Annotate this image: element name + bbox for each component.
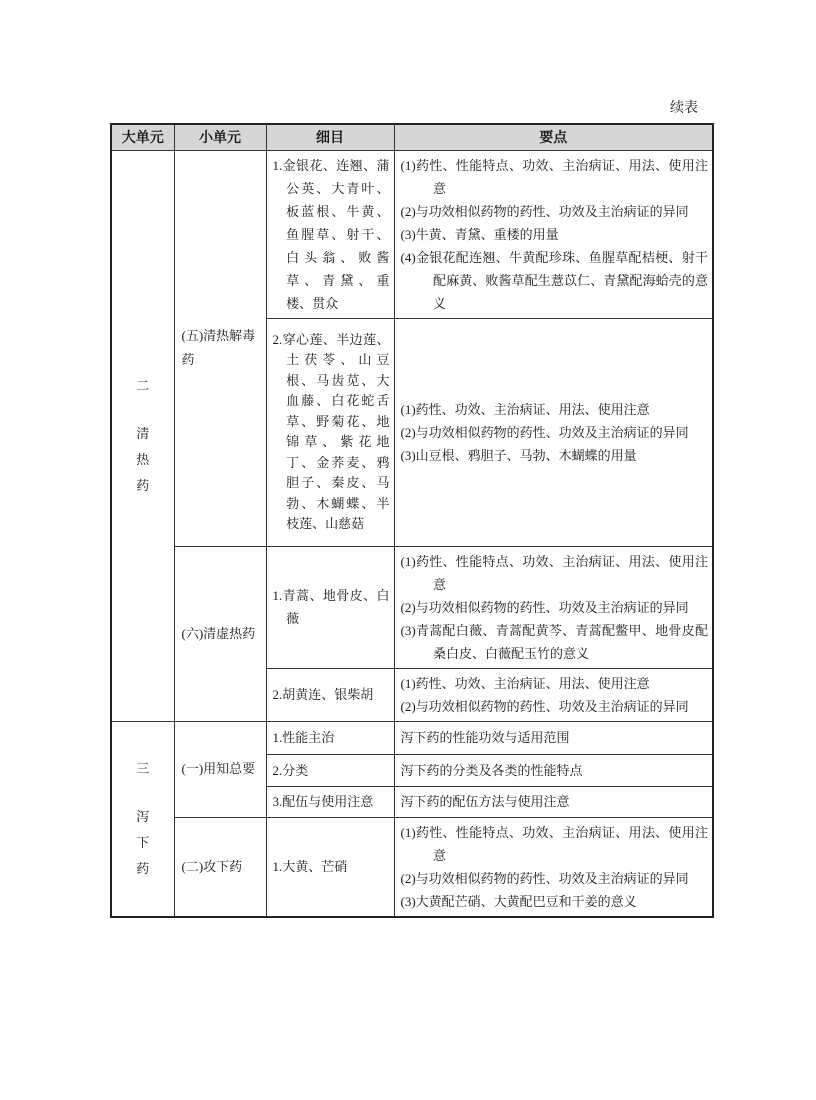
detail-item: 3.配伍与使用注意 [273,790,390,813]
table-row: 三 泻下药 (一)用知总要 1.性能主治 泻下药的性能功效与适用范围 [111,721,713,754]
subunit-cell-offensive-purgative: (二)攻下药 [174,817,266,917]
detail-item: 1.金银花、连翘、蒲公英、大青叶、板蓝根、牛黄、鱼腥草、射干、白头翁、败酱草、青… [273,154,390,315]
header-key-points: 要点 [394,124,713,150]
unit-label: 三 泻下药 [112,756,174,882]
key-points-cell: (1)药性、性能特点、功效、主治病证、用法、使用注意 (2)与功效相似药物的药性… [394,150,713,318]
point-item: (3)大黄配芒硝、大黄配巴豆和干姜的意义 [401,890,709,913]
key-points-cell: (1)药性、性能特点、功效、主治病证、用法、使用注意 (2)与功效相似药物的药性… [394,817,713,917]
point-item: (1)药性、功效、主治病证、用法、使用注意 [401,398,709,421]
detail-item: 1.青蒿、地骨皮、白薇 [273,584,390,630]
point-item: (3)青蒿配白薇、青蒿配黄芩、青蒿配鳖甲、地骨皮配桑白皮、白薇配玉竹的意义 [401,619,709,665]
unit-cell-purgative: 三 泻下药 [111,721,174,917]
point-item: (2)与功效相似药物的药性、功效及主治病证的异同 [401,695,709,718]
detail-cell: 2.分类 [266,754,394,786]
key-points-cell: 泻下药的配伍方法与使用注意 [394,786,713,817]
point-item: 泻下药的性能功效与适用范围 [401,726,709,749]
table-row: (六)清虚热药 1.青蒿、地骨皮、白薇 (1)药性、性能特点、功效、主治病证、用… [111,546,713,668]
point-item: (3)牛黄、青黛、重楼的用量 [401,223,709,246]
detail-item: 2.分类 [273,759,390,782]
subunit-label: (二)攻下药 [182,855,262,879]
detail-cell: 2.穿心莲、半边莲、土茯苓、山豆根、马齿苋、大血藤、白花蛇舌草、野菊花、地锦草、… [266,318,394,546]
key-points-cell: (1)药性、性能特点、功效、主治病证、用法、使用注意 (2)与功效相似药物的药性… [394,546,713,668]
continued-table-label: 续表 [110,100,712,118]
detail-item: 2.胡黄连、银柴胡 [273,683,390,706]
key-points-cell: 泻下药的分类及各类的性能特点 [394,754,713,786]
point-item: (2)与功效相似药物的药性、功效及主治病证的异同 [401,421,709,444]
subunit-label: (一)用知总要 [182,757,262,781]
key-points-cell: (1)药性、功效、主治病证、用法、使用注意 (2)与功效相似药物的药性、功效及主… [394,668,713,721]
unit-name: 清热药 [136,421,149,499]
point-item: 泻下药的配伍方法与使用注意 [401,790,709,813]
unit-label: 二 清热药 [112,373,174,499]
subunit-cell-general-essentials: (一)用知总要 [174,721,266,817]
key-points-cell: 泻下药的性能功效与适用范围 [394,721,713,754]
header-minor-unit: 小单元 [174,124,266,150]
point-item: (1)药性、功效、主治病证、用法、使用注意 [401,672,709,695]
point-item: (1)药性、性能特点、功效、主治病证、用法、使用注意 [401,550,709,596]
table-row: 二 清热药 (五)清热解毒药 1.金银花、连翘、蒲公英、大青叶、板蓝根、牛黄、鱼… [111,150,713,318]
point-item: (4)金银花配连翘、牛黄配珍珠、鱼腥草配桔梗、射干配麻黄、败酱草配生薏苡仁、青黛… [401,246,709,315]
unit-cell-heat-clearing: 二 清热药 [111,150,174,721]
detail-item: 2.穿心莲、半边莲、土茯苓、山豆根、马齿苋、大血藤、白花蛇舌草、野菊花、地锦草、… [273,330,390,535]
syllabus-table: 大单元 小单元 细目 要点 二 清热药 (五)清热解毒药 1.金银花 [110,123,714,918]
detail-item: 1.大黄、芒硝 [273,855,390,878]
point-item: (2)与功效相似药物的药性、功效及主治病证的异同 [401,867,709,890]
detail-cell: 3.配伍与使用注意 [266,786,394,817]
subunit-label: (六)清虚热药 [182,622,262,646]
subunit-cell-heat-toxin: (五)清热解毒药 [174,150,266,546]
table-row: (二)攻下药 1.大黄、芒硝 (1)药性、性能特点、功效、主治病证、用法、使用注… [111,817,713,917]
page: 续表 大单元 小单元 细目 要点 二 清热药 [0,0,816,1100]
header-detail: 细目 [266,124,394,150]
point-item: (1)药性、性能特点、功效、主治病证、用法、使用注意 [401,154,709,200]
subunit-label: (五)清热解毒药 [182,324,262,372]
unit-number: 三 [136,756,149,782]
detail-cell: 1.性能主治 [266,721,394,754]
point-item: (3)山豆根、鸦胆子、马勃、木蝴蝶的用量 [401,444,709,467]
detail-item: 1.性能主治 [273,726,390,749]
key-points-cell: (1)药性、功效、主治病证、用法、使用注意 (2)与功效相似药物的药性、功效及主… [394,318,713,546]
subunit-cell-deficiency-heat: (六)清虚热药 [174,546,266,721]
unit-number: 二 [136,373,149,399]
header-row: 大单元 小单元 细目 要点 [111,124,713,150]
detail-cell: 1.大黄、芒硝 [266,817,394,917]
header-major-unit: 大单元 [111,124,174,150]
point-item: (1)药性、性能特点、功效、主治病证、用法、使用注意 [401,821,709,867]
detail-cell: 1.金银花、连翘、蒲公英、大青叶、板蓝根、牛黄、鱼腥草、射干、白头翁、败酱草、青… [266,150,394,318]
point-item: (2)与功效相似药物的药性、功效及主治病证的异同 [401,200,709,223]
detail-cell: 2.胡黄连、银柴胡 [266,668,394,721]
point-item: 泻下药的分类及各类的性能特点 [401,759,709,782]
point-item: (2)与功效相似药物的药性、功效及主治病证的异同 [401,596,709,619]
detail-cell: 1.青蒿、地骨皮、白薇 [266,546,394,668]
unit-name: 泻下药 [136,804,149,882]
